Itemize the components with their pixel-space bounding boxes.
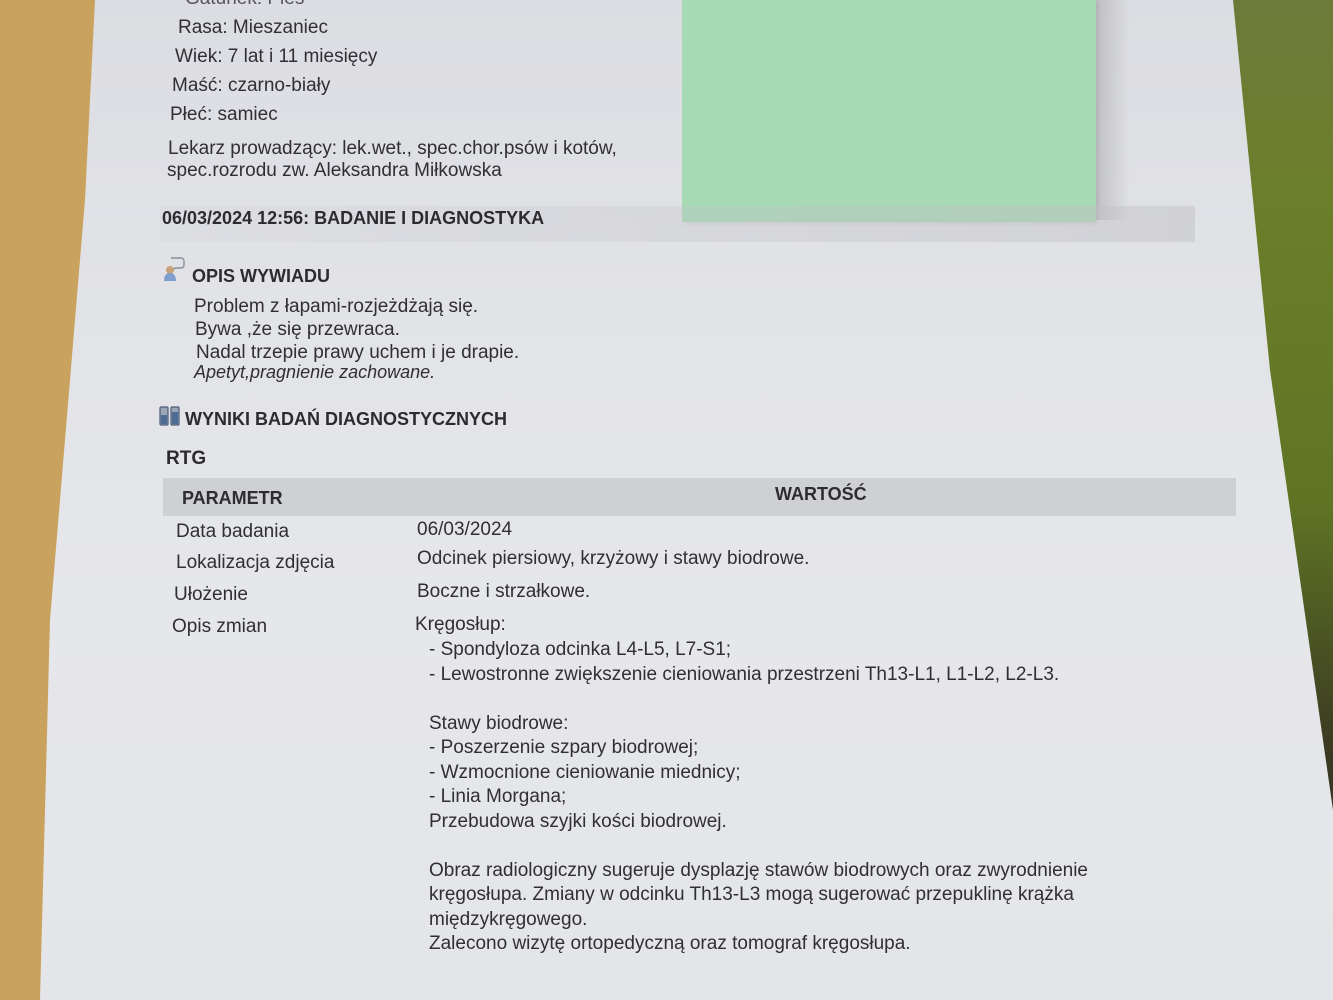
test-tubes-icon: [158, 406, 182, 426]
column-header-value: WARTOŚĆ: [775, 484, 867, 505]
findings-line: - Spondyloza odcinka L4-L5, L7-S1;: [415, 638, 1088, 663]
interview-line: Bywa ,że się przewraca.: [195, 319, 400, 341]
findings-line: Zalecono wizytę ortopedyczną oraz tomogr…: [415, 932, 1088, 957]
results-title: WYNIKI BADAŃ DIAGNOSTYCZNYCH: [185, 409, 507, 430]
interview-line: Nadal trzepie prawy uchem i je drapie.: [196, 342, 519, 364]
findings-line: - Wzmocnione cieniowanie miednicy;: [415, 761, 1088, 786]
findings-line: - Linia Morgana;: [415, 785, 1088, 810]
doctor-line-1: Lekarz prowadzący: lek.wet., spec.chor.p…: [168, 138, 617, 160]
results-table-header: [163, 478, 1236, 516]
interview-line: Problem z łapami-rozjeżdżają się.: [194, 296, 478, 318]
interview-line: Apetyt,pragnienie zachowane.: [194, 362, 435, 383]
findings-description: - Spondyloza odcinka L4-L5, L7-S1;- Lewo…: [415, 638, 1088, 957]
findings-line: - Lewostronne zwiększenie cieniowania pr…: [415, 663, 1088, 688]
document: Gatunek: Pies Rasa: Mieszaniec Wiek: 7 l…: [0, 0, 1333, 1000]
findings-spacer: [415, 687, 1088, 712]
column-header-parameter: PARAMETR: [182, 488, 283, 509]
table-row-param: Ułożenie: [174, 584, 248, 606]
table-row-value: 06/03/2024: [417, 519, 512, 541]
findings-line: - Poszerzenie szpary biodrowej;: [415, 736, 1088, 761]
person-speech-icon: [163, 256, 185, 282]
findings-line: Przebudowa szyjki kości biodrowej.: [415, 810, 1088, 835]
findings-line: Obraz radiologiczny sugeruje dysplazję s…: [415, 859, 1088, 884]
visit-header: 06/03/2024 12:56: BADANIE I DIAGNOSTYKA: [162, 208, 544, 229]
exam-type: RTG: [166, 448, 206, 470]
table-row-value: Kręgosłup:: [415, 614, 506, 636]
age-line: Wiek: 7 lat i 11 miesięcy: [175, 46, 377, 68]
table-row-param: Lokalizacja zdjęcia: [176, 552, 334, 574]
species-line: Gatunek: Pies: [185, 0, 304, 10]
table-row-value: Boczne i strzałkowe.: [417, 581, 590, 603]
findings-line: Stawy biodrowe:: [415, 712, 1088, 737]
table-row-param: Data badania: [176, 521, 289, 543]
breed-line: Rasa: Mieszaniec: [178, 17, 328, 39]
doctor-line-2: spec.rozrodu zw. Aleksandra Miłkowska: [167, 160, 502, 182]
sex-line: Płeć: samiec: [170, 104, 278, 126]
table-row-param: Opis zmian: [172, 616, 267, 638]
color-line: Maść: czarno-biały: [172, 75, 330, 97]
interview-title: OPIS WYWIADU: [192, 266, 330, 287]
findings-line: kręgosłupa. Zmiany w odcinku Th13-L3 mog…: [415, 883, 1088, 908]
findings-line: międzykręgowego.: [415, 908, 1088, 933]
findings-spacer: [415, 834, 1088, 859]
table-row-value: Odcinek piersiowy, krzyżowy i stawy biod…: [417, 548, 809, 570]
